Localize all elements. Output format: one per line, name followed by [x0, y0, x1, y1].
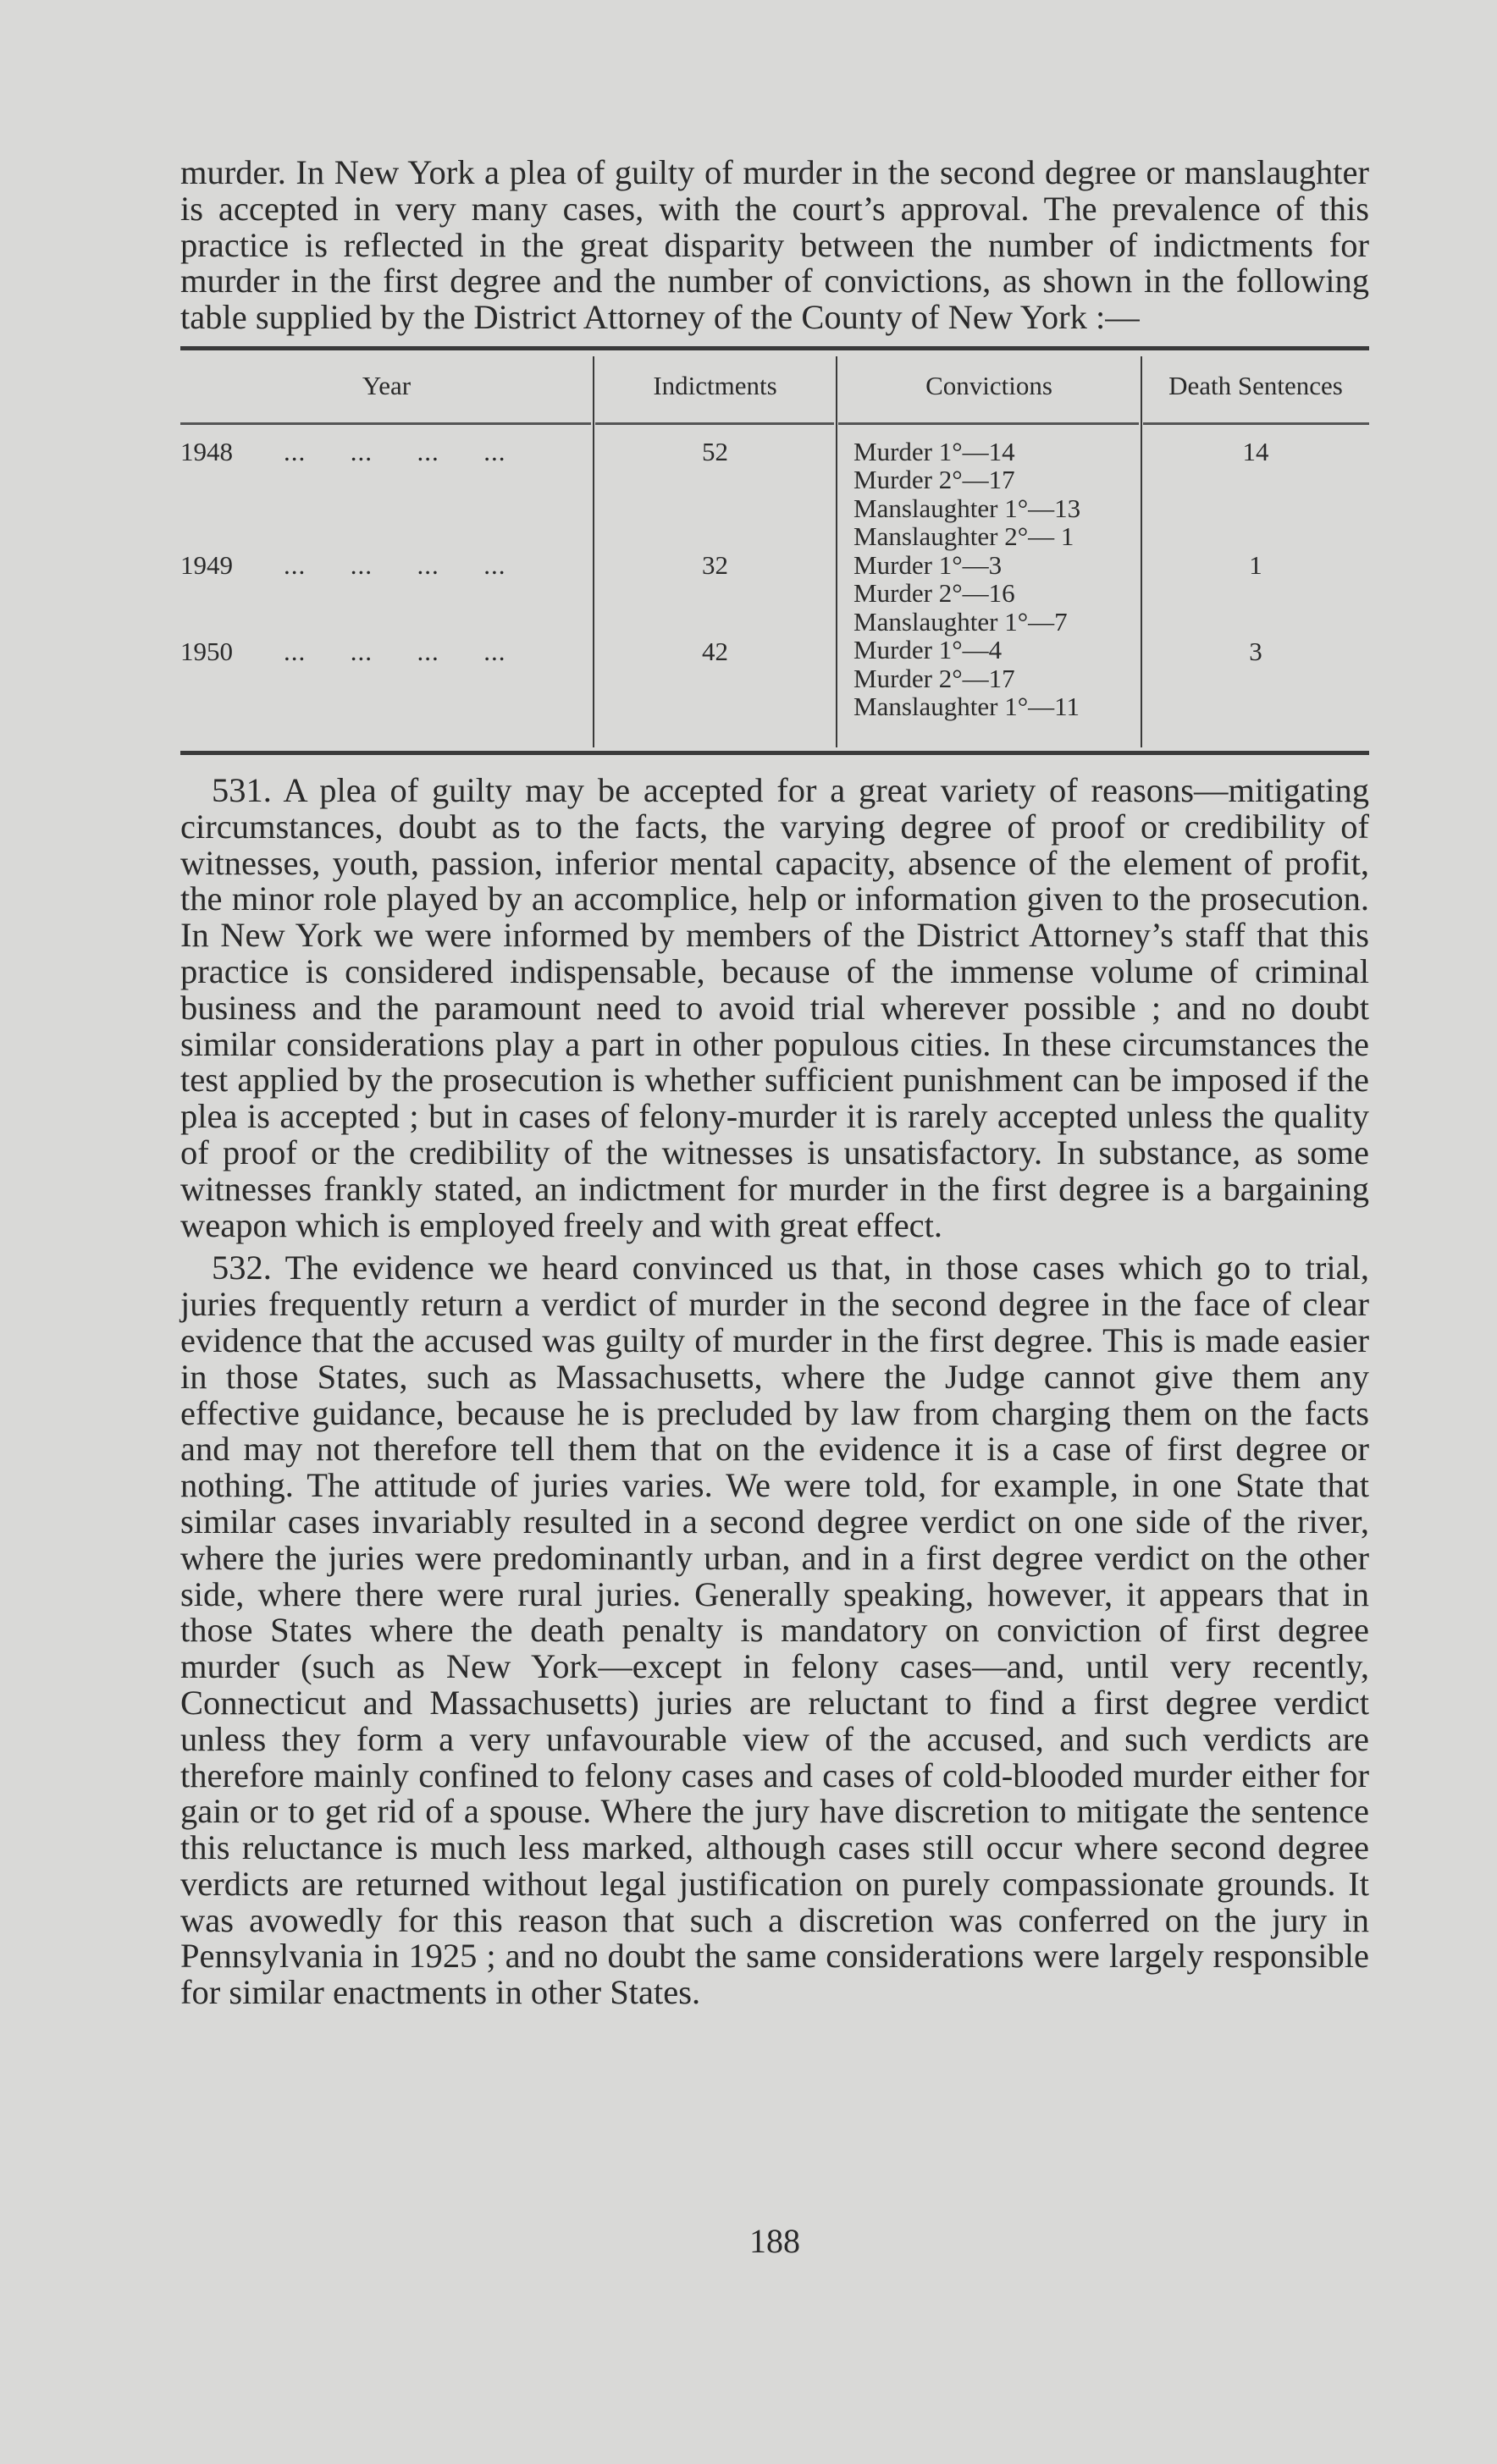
death-sentences-cell: 3: [1142, 637, 1369, 666]
page-number: 188: [180, 2221, 1369, 2261]
conviction-entry: Manslaughter 2°— 1: [853, 522, 1080, 551]
conviction-entry: Murder 1°—14: [853, 438, 1080, 466]
intro-paragraph: murder. In New York a plea of guilty of …: [180, 155, 1369, 336]
death-sentences-cell: 1: [1142, 551, 1369, 580]
conviction-entry: Murder 1°—4: [853, 636, 1080, 664]
year-cell: 1949: [180, 551, 233, 580]
statistics-table: Year Indictments Convictions Death Sente…: [180, 346, 1369, 749]
header-underline: [838, 422, 1139, 425]
table-bottom-rule: [180, 751, 1369, 755]
indictments-cell: 42: [594, 637, 836, 666]
year-cell: 1948: [180, 438, 233, 466]
death-sentences-cell: 14: [1142, 438, 1369, 466]
document-page: murder. In New York a plea of guilty of …: [180, 155, 1369, 2011]
header-death-sentences: Death Sentences: [1142, 372, 1369, 400]
conviction-entry: Murder 2°—16: [853, 579, 1080, 608]
indictments-cell: 32: [594, 551, 836, 580]
header-year: Year: [180, 372, 593, 400]
column-divider: [836, 356, 837, 747]
conviction-entry: Manslaughter 1°—13: [853, 494, 1080, 523]
header-underline: [180, 422, 591, 425]
conviction-entry: Murder 2°—17: [853, 664, 1080, 693]
convictions-list: Murder 1°—14 Murder 2°—17 Manslaughter 1…: [853, 438, 1080, 721]
conviction-entry: Murder 1°—3: [853, 551, 1080, 580]
leader-dots: ... ... ... ...: [284, 438, 506, 466]
leader-dots: ... ... ... ...: [284, 551, 506, 580]
paragraph-532: 532. The evidence we heard convinced us …: [180, 1250, 1369, 2011]
table-top-rule: [180, 346, 1369, 350]
year-cell: 1950: [180, 637, 233, 666]
header-indictments: Indictments: [594, 372, 836, 400]
leader-dots: ... ... ... ...: [284, 637, 506, 666]
header-convictions: Convictions: [837, 372, 1141, 400]
paragraph-531: 531. A plea of guilty may be accepted fo…: [180, 773, 1369, 1243]
conviction-entry: Manslaughter 1°—7: [853, 608, 1080, 637]
indictments-cell: 52: [594, 438, 836, 466]
header-underline: [1143, 422, 1369, 425]
conviction-entry: Murder 2°—17: [853, 466, 1080, 494]
conviction-entry: Manslaughter 1°—11: [853, 692, 1080, 721]
header-underline: [595, 422, 834, 425]
